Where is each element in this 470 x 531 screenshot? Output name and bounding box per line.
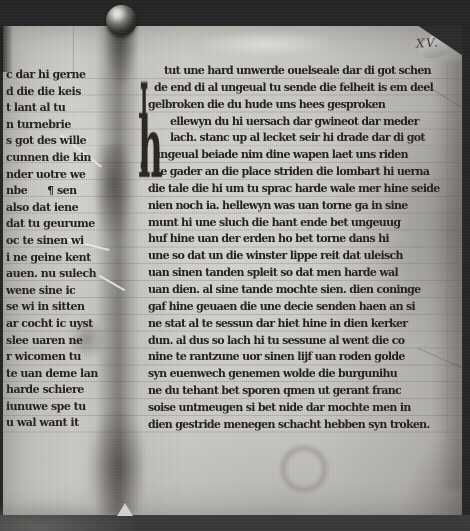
manuscript-text-line: munt hi une sluch die hant ende bet unge… [148, 215, 453, 232]
manuscript-text-line: harde schiere [6, 382, 98, 399]
bottom-right-shading [400, 430, 462, 515]
manuscript-text-line: u wal want it [6, 415, 98, 432]
manuscript-text-line: wene sine ic [6, 283, 98, 300]
manuscript-text-line: nder uotre we [6, 167, 98, 184]
manuscript-text-line: dat tu geurume [6, 216, 98, 233]
manuscript-text-line: d die die keis [6, 84, 98, 101]
manuscript-text-line: r wicomen tu [6, 349, 98, 366]
manuscript-text-line: ne stat al te sessun dar hiet hine in di… [148, 316, 453, 333]
manuscript-text-line: une so dat un die winster lippe reit dat… [148, 248, 453, 265]
folio-number: XV. [416, 35, 440, 50]
manuscript-text-line: dun. al dus so lach hi tu sessune al wen… [148, 333, 453, 350]
manuscript-text-line: t lant al tu [6, 100, 98, 117]
manuscript-text-line: de end di al ungeual tu sende die felhei… [148, 80, 453, 97]
manuscript-text-line: slee uaren ne [6, 333, 98, 350]
manuscript-text-line: dien gestride menegen schacht hebben syn… [148, 417, 453, 434]
initial-letter-h: h [138, 118, 163, 181]
gutter-stain [92, 145, 134, 245]
manuscript-text-line: c dar hi gerne [6, 67, 98, 84]
manuscript-text-line: oc te sinen wi [6, 233, 98, 250]
top-left-shadow [0, 26, 13, 72]
manuscript-text-line: te gader an die place striden die lombar… [148, 164, 453, 181]
manuscript-text-line: ungeual beiade nim dine wapen laet uns r… [148, 147, 453, 164]
manuscript-text-line: lach. stanc up al lecket seir hi drade d… [148, 130, 453, 147]
manuscript-text-line: uan sinen tanden spleit so dat men harde… [148, 265, 453, 282]
main-text-column: tut une hard unwerde ouelseale dar di go… [148, 63, 453, 434]
manuscript-text-line: nine te rantzune uor sinen lijf uan rode… [148, 349, 453, 366]
manuscript-text-line: ellewyn du hi uersach dar gwineot dar me… [148, 114, 453, 131]
manuscript-text-line: ar cocht ic uyst [6, 316, 98, 333]
manuscript-photo: c dar hi gerned die die keist lant al tu… [0, 0, 470, 531]
manuscript-text-line: also dat iene [6, 200, 98, 217]
manuscript-text-line: nien noch ia. hellewyn was uan torne ga … [148, 198, 453, 215]
manuscript-text-line: auen. nu sulech [6, 266, 98, 283]
ring-stain [275, 443, 333, 495]
bottom-left-border-speckle [0, 502, 135, 531]
manuscript-text-line: huf hine uan der erden ho bet torne dans… [148, 231, 453, 248]
manuscript-text-line: die tale die hi um tu sprac harde wale m… [148, 181, 453, 198]
manuscript-text-line: uan dien. al sine tande mochte sien. die… [148, 282, 453, 299]
manuscript-text-line: te uan deme lan [6, 366, 98, 383]
manuscript-text-line: iunuwe spe tu [6, 399, 98, 416]
binding-knob [106, 5, 137, 36]
manuscript-text-line: n turnebrie [6, 117, 98, 134]
manuscript-text-line: soise untmeugen si bet nide dar mochte m… [148, 400, 453, 417]
manuscript-text-line: s got des wille [6, 133, 98, 150]
manuscript-text-line: gelbroken die du hude uns hees gesproken [148, 97, 453, 114]
manuscript-text-line: ne du tehant bet sporen qmen ut gerant f… [148, 383, 453, 400]
manuscript-text-line: i ne geine kent [6, 250, 98, 267]
manuscript-text-line: tut une hard unwerde ouelseale dar di go… [148, 63, 453, 80]
ink-ghost-smudge [195, 30, 335, 58]
manuscript-text-line: syn euenwech genemen wolde die burgunihu [148, 366, 453, 383]
manuscript-text-line: gaf hine geuaen die une decie senden hae… [148, 299, 453, 316]
manuscript-text-line: nbe ¶ sen [6, 183, 98, 200]
manuscript-text-line: se wi in sitten [6, 299, 98, 316]
manuscript-text-line: cunnen die kin [6, 150, 98, 167]
left-text-column: c dar hi gerned die die keist lant al tu… [6, 67, 98, 432]
